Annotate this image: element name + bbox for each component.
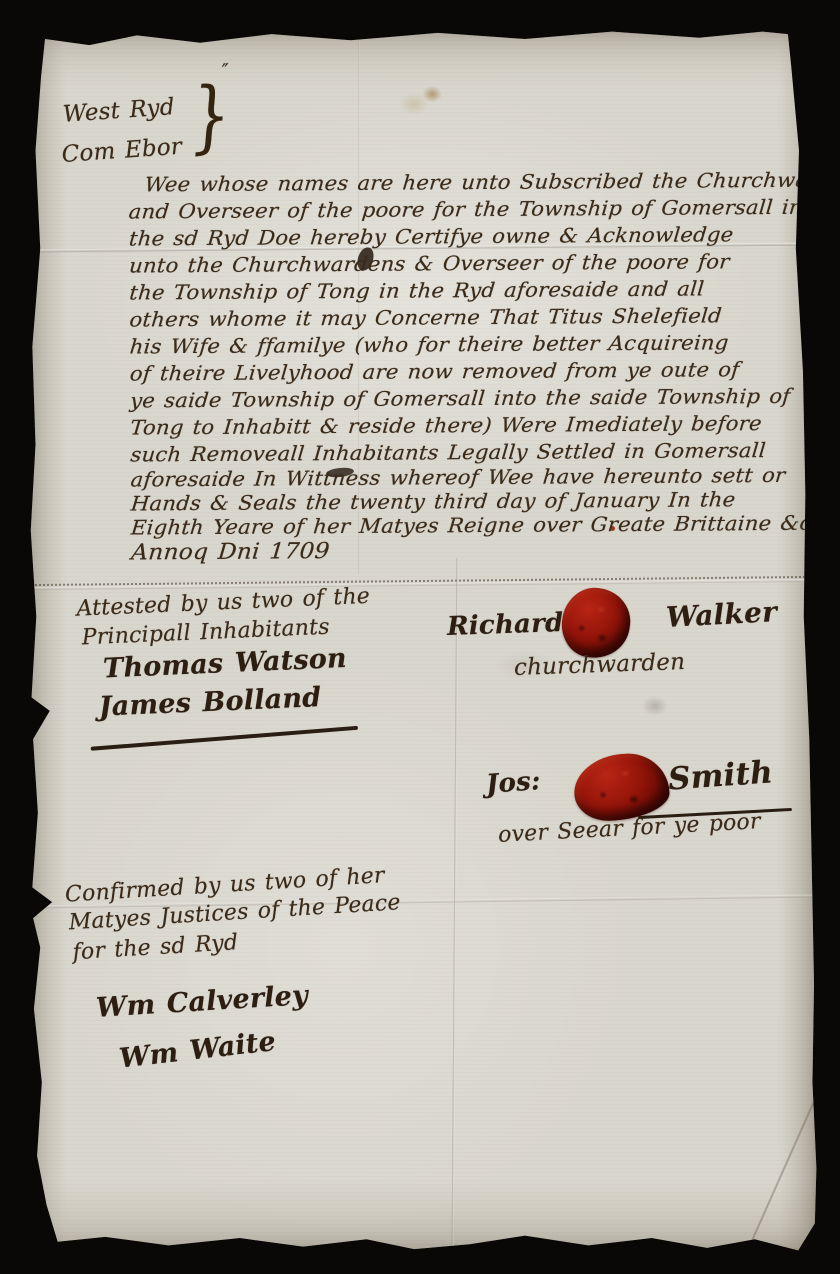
confirmation-line-3: for the sd Ryd [72, 930, 239, 965]
body-line: of theire Livelyhood are now removed fro… [129, 357, 740, 385]
vertical-fold-crease [452, 558, 459, 1246]
role-overseer: over Seear for ye poor [498, 809, 762, 848]
signature-smith: Smith [667, 754, 774, 797]
county-line-2: Com Ebor [61, 134, 183, 168]
body-line: others whome it may Concerne That Titus … [129, 303, 723, 331]
body-line: ye saide Township of Gomersall into the … [129, 384, 791, 413]
horizontal-fold-crease [32, 579, 812, 590]
horizontal-fold-crease [32, 576, 812, 586]
signature-flourish-underline [91, 726, 358, 751]
manuscript-paper: ″ West Ryd Com Ebor } Wee whose names ar… [26, 28, 818, 1254]
body-line: Annoq Dni 1709 [130, 539, 331, 565]
brace-mark: } [187, 70, 233, 163]
signature-thomas-watson: Thomas Watson [103, 643, 348, 685]
role-churchwarden: churchwarden [514, 649, 686, 681]
body-line: the sd Ryd Doe hereby Certifye owne & Ac… [128, 222, 735, 250]
signature-james-bolland: James Bolland [98, 682, 322, 723]
certificate-body: Wee whose names are here unto Subscribed… [129, 168, 838, 573]
body-line: Wee whose names are here unto Subscribed… [144, 167, 840, 196]
body-line: the Township of Tong in the Ryd aforesai… [128, 276, 705, 304]
photo-background: ″ West Ryd Com Ebor } Wee whose names ar… [0, 0, 840, 1274]
body-line: Tong to Inhabitt & reside there) Were Im… [129, 411, 763, 439]
red-wax-seal [572, 751, 671, 823]
attestation-block: Attested by us two of the Principall Inh… [76, 584, 384, 787]
signature-jos: Jos: [485, 766, 542, 800]
body-line: such Removeall Inhabitants Legally Settl… [130, 438, 767, 466]
body-line: Eighth Yeare of her Matyes Reigne over G… [130, 511, 813, 540]
signature-walker: Walker [665, 595, 778, 634]
corner-fold-crease [752, 1102, 815, 1240]
confirmation-block: Confirmed by us two of her Matyes Justic… [64, 862, 419, 1142]
county-line-1: West Ryd [62, 94, 176, 128]
body-line: his Wife & ffamilye (who for theire bett… [129, 330, 730, 358]
signature-wm-calverley: Wm Calverley [95, 980, 309, 1024]
body-line: and Overseer of the poore for the Townsh… [128, 195, 804, 224]
signature-richard: Richard [447, 608, 564, 642]
signature-wm-waite: Wm Waite [118, 1026, 278, 1075]
body-line: unto the Churchwardens & Overseer of the… [128, 249, 730, 277]
